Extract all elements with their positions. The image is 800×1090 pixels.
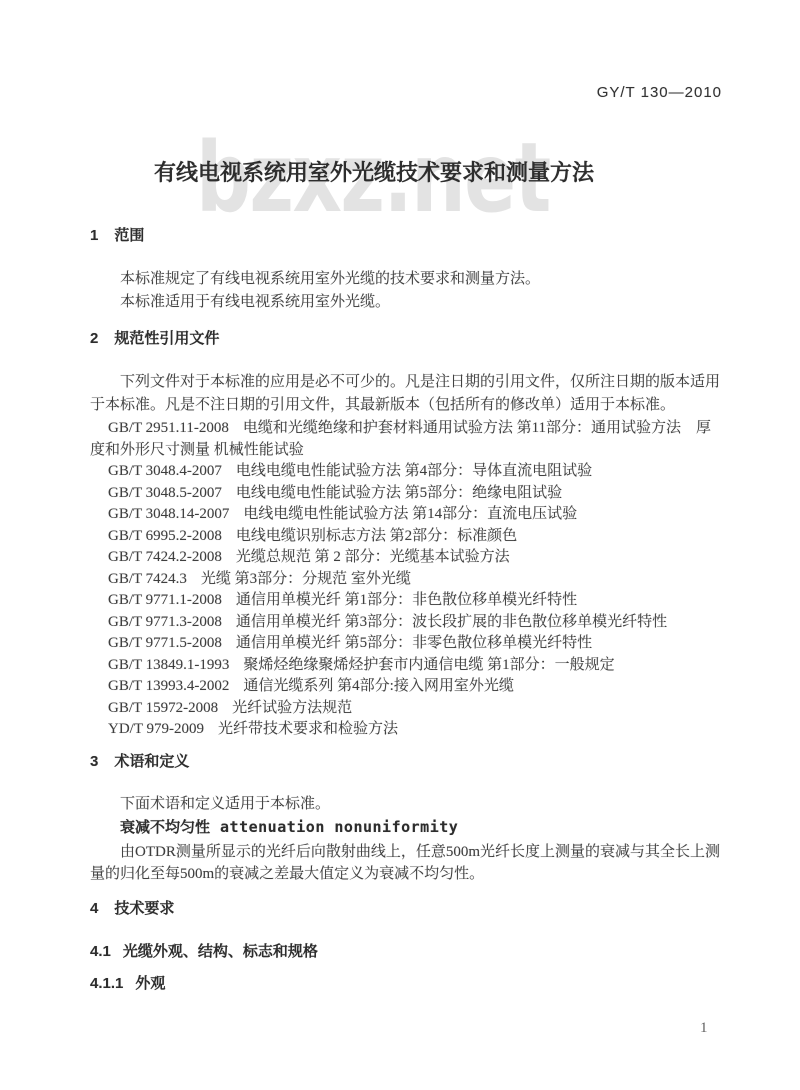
reference-item: GB/T 13993.4-2002通信光缆系列 第4部分:接入网用室外光缆 <box>90 676 722 698</box>
section-2-intro: 下列文件对于本标准的应用是必不可少的。凡是注日期的引用文件，仅所注日期的版本适用… <box>90 371 722 416</box>
term-english: attenuation nonuniformity <box>220 818 458 836</box>
section-1-number: 1 <box>90 228 98 244</box>
paragraph: 本标准规定了有线电视系统用室外光缆的技术要求和测量方法。 <box>90 268 722 291</box>
terms-intro: 下面术语和定义适用于本标准。 <box>90 793 722 815</box>
reference-title: 电线电缆识别标志方法 第2部分：标准颜色 <box>236 528 517 544</box>
reference-item: GB/T 3048.4-2007电线电缆电性能试验方法 第4部分：导体直流电阻试… <box>90 461 722 483</box>
reference-title: 光缆 第3部分：分规范 室外光缆 <box>201 571 411 587</box>
reference-title: 通信用单模光纤 第3部分：波长段扩展的非色散位移单模光纤特性 <box>236 614 667 630</box>
reference-code: GB/T 15972-2008 <box>108 700 218 716</box>
reference-item: GB/T 13849.1-1993聚烯烃绝缘聚烯烃护套市内通信电缆 第1部分：一… <box>90 655 722 677</box>
reference-item: GB/T 3048.14-2007电线电缆电性能试验方法 第14部分：直流电压试… <box>90 504 722 526</box>
section-4-1-heading: 4.1光缆外观、结构、标志和规格 <box>90 944 722 960</box>
reference-title: 光纤试验方法规范 <box>232 700 352 716</box>
section-2-number: 2 <box>90 331 98 347</box>
reference-code: GB/T 2951.11-2008 <box>108 420 229 436</box>
reference-item: GB/T 6995.2-2008电线电缆识别标志方法 第2部分：标准颜色 <box>90 526 722 548</box>
page-number: 1 <box>700 1020 708 1037</box>
reference-item: GB/T 9771.1-2008通信用单模光纤 第1部分：非色散位移单模光纤特性 <box>90 590 722 612</box>
reference-code: GB/T 6995.2-2008 <box>108 528 222 544</box>
standard-code-header: GY/T 130—2010 <box>90 84 722 102</box>
reference-item: GB/T 2951.11-2008电缆和光缆绝缘和护套材料通用试验方法 第11部… <box>90 418 722 461</box>
section-1-label: 范围 <box>114 227 144 244</box>
reference-title: 光纤带技术要求和检验方法 <box>218 721 398 737</box>
reference-code: GB/T 3048.5-2007 <box>108 485 222 501</box>
document-page: bzxz.net GY/T 130—2010 有线电视系统用室外光缆技术要求和测… <box>0 0 800 1090</box>
reference-item: GB/T 7424.3光缆 第3部分：分规范 室外光缆 <box>90 569 722 591</box>
reference-code: GB/T 9771.3-2008 <box>108 614 222 630</box>
section-3-label: 术语和定义 <box>114 753 189 770</box>
section-1-heading: 1范围 <box>90 228 722 244</box>
reference-title: 通信光缆系列 第4部分:接入网用室外光缆 <box>243 678 513 694</box>
document-title: 有线电视系统用室外光缆技术要求和测量方法 <box>90 158 722 188</box>
reference-title: 聚烯烃绝缘聚烯烃护套市内通信电缆 第1部分：一般规定 <box>243 657 614 673</box>
reference-code: GB/T 9771.5-2008 <box>108 635 222 651</box>
reference-title: 光缆总规范 第 2 部分：光缆基本试验方法 <box>236 549 510 565</box>
reference-item: GB/T 7424.2-2008光缆总规范 第 2 部分：光缆基本试验方法 <box>90 547 722 569</box>
reference-item: GB/T 9771.3-2008通信用单模光纤 第3部分：波长段扩展的非色散位移… <box>90 612 722 634</box>
reference-code: GB/T 3048.14-2007 <box>108 506 229 522</box>
reference-code: GB/T 13849.1-1993 <box>108 657 229 673</box>
section-3-number: 3 <box>90 754 98 770</box>
term-definition: 由OTDR测量所显示的光纤后向散射曲线上，任意500m光纤长度上测量的衰减与其全… <box>90 841 722 885</box>
section-3-body: 下面术语和定义适用于本标准。 衰减不均匀性attenuation nonunif… <box>90 793 722 885</box>
section-4-label: 技术要求 <box>114 900 174 917</box>
reference-code: GB/T 3048.4-2007 <box>108 463 222 479</box>
reference-title: 电线电缆电性能试验方法 第14部分：直流电压试验 <box>243 506 577 522</box>
term-chinese: 衰减不均匀性 <box>120 819 210 836</box>
reference-title: 通信用单模光纤 第5部分：非零色散位移单模光纤特性 <box>236 635 592 651</box>
reference-item: GB/T 15972-2008光纤试验方法规范 <box>90 698 722 720</box>
section-3-heading: 3术语和定义 <box>90 754 722 770</box>
section-4-1-number: 4.1 <box>90 944 111 960</box>
reference-item: YD/T 979-2009光纤带技术要求和检验方法 <box>90 719 722 741</box>
reference-item: GB/T 3048.5-2007电线电缆电性能试验方法 第5部分：绝缘电阻试验 <box>90 483 722 505</box>
reference-code: YD/T 979-2009 <box>108 721 204 737</box>
reference-title: 电线电缆电性能试验方法 第5部分：绝缘电阻试验 <box>236 485 562 501</box>
section-4-1-1-number: 4.1.1 <box>90 976 123 992</box>
paragraph: 本标准适用于有线电视系统用室外光缆。 <box>90 291 722 314</box>
section-4-1-1-heading: 4.1.1外观 <box>90 976 722 992</box>
section-4-1-label: 光缆外观、结构、标志和规格 <box>123 943 318 960</box>
reference-code: GB/T 7424.3 <box>108 571 187 587</box>
section-1-body: 本标准规定了有线电视系统用室外光缆的技术要求和测量方法。 本标准适用于有线电视系… <box>90 268 722 313</box>
reference-code: GB/T 7424.2-2008 <box>108 549 222 565</box>
reference-title: 电线电缆电性能试验方法 第4部分：导体直流电阻试验 <box>236 463 592 479</box>
section-4-number: 4 <box>90 901 98 917</box>
reference-code: GB/T 9771.1-2008 <box>108 592 222 608</box>
term-entry: 衰减不均匀性attenuation nonuniformity <box>90 816 722 839</box>
section-2-label: 规范性引用文件 <box>114 330 219 347</box>
section-4-1-1-label: 外观 <box>135 975 165 992</box>
references-list: GB/T 2951.11-2008电缆和光缆绝缘和护套材料通用试验方法 第11部… <box>90 418 722 741</box>
section-4-heading: 4技术要求 <box>90 901 722 917</box>
reference-item: GB/T 9771.5-2008通信用单模光纤 第5部分：非零色散位移单模光纤特… <box>90 633 722 655</box>
reference-title: 通信用单模光纤 第1部分：非色散位移单模光纤特性 <box>236 592 577 608</box>
reference-code: GB/T 13993.4-2002 <box>108 678 229 694</box>
page-content: GY/T 130—2010 有线电视系统用室外光缆技术要求和测量方法 1范围 本… <box>90 84 722 992</box>
section-2-heading: 2规范性引用文件 <box>90 331 722 347</box>
